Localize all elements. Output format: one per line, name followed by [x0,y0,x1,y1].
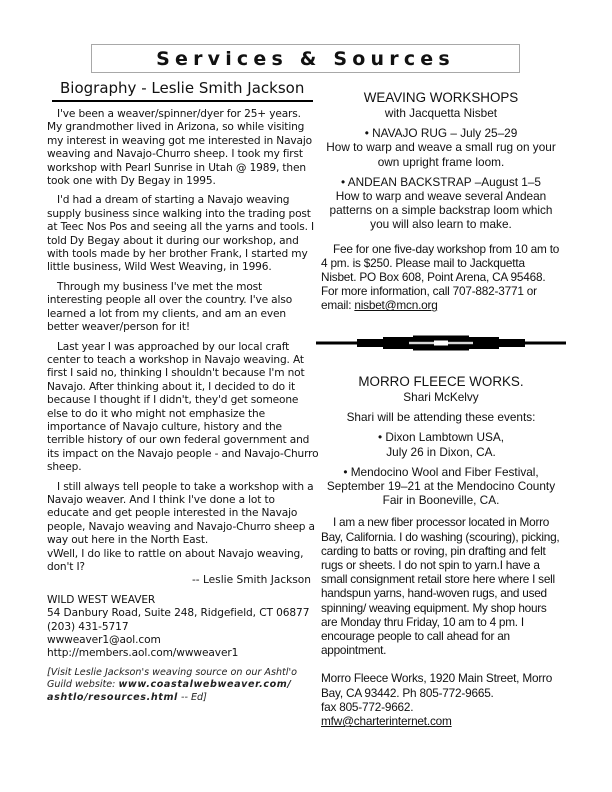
decorative-divider [316,335,566,351]
biography-paragraph: Last year I was approached by our local … [47,341,319,475]
editor-note-suffix: -- Ed] [178,692,207,703]
workshop-email-link[interactable]: nisbet@mcn.org [354,298,437,312]
business-website-link[interactable]: http://members.aol.com/wwweaver1 [47,647,319,660]
business-address: 54 Danbury Road, Suite 248, Ridgefield, … [47,607,319,620]
weaving-workshops-title: WEAVING WORKSHOPS [321,90,561,106]
page-title: Services & Sources [156,48,455,70]
morro-fleece-title: MORRO FLEECE WORKS. [321,374,561,390]
workshop-description: How to warp and weave a small rug on you… [321,140,561,168]
workshop-heading: • NAVAJO RUG – July 25–29 [321,126,561,140]
biography-closing-line: vWell, I do like to rattle on about Nava… [47,548,319,575]
event-item: • Mendocino Wool and Fiber Festival, Sep… [321,465,561,508]
morro-fleece-works-section: MORRO FLEECE WORKS. Shari McKelvy Shari … [321,374,561,728]
workshop-description: How to warp and weave several Andean pat… [321,189,561,232]
page-title-box: Services & Sources [91,44,520,73]
biography-paragraph: I'd had a dream of starting a Navajo wea… [47,194,319,274]
morro-fleece-fax: fax 805-772-9662. [321,700,561,714]
business-phone: (203) 431-5717 [47,621,319,634]
biography-paragraph: I still always tell people to take a wor… [47,481,319,548]
morro-fleece-description: I am a new fiber processor located in Mo… [321,515,561,657]
event-item: • Dixon Lambtown USA, July 26 in Dixon, … [321,430,561,458]
workshop-heading: • ANDEAN BACKSTRAP –August 1–5 [321,175,561,189]
biography-signature: -- Leslie Smith Jackson [47,574,311,587]
morro-fleece-address: Morro Fleece Works, 1920 Main Street, Mo… [321,671,561,699]
weaving-workshops-section: WEAVING WORKSHOPS with Jacquetta Nisbet … [321,90,561,313]
events-intro: Shari will be attending these events: [321,410,561,424]
workshop-item: • NAVAJO RUG – July 25–29 How to warp an… [321,126,561,169]
morro-fleece-email-link[interactable]: mfw@charterinternet.com [321,714,561,728]
workshop-item: • ANDEAN BACKSTRAP –August 1–5 How to wa… [321,175,561,232]
morro-fleece-owner: Shari McKelvy [321,390,561,404]
wild-west-weaver-contact: WILD WEST WEAVER 54 Danbury Road, Suite … [47,594,319,661]
biography-column: Biography - Leslie Smith Jackson I've be… [47,79,319,705]
biography-paragraph: Through my business I've met the most in… [47,281,319,335]
business-name: WILD WEST WEAVER [47,594,319,607]
biography-paragraph: I've been a weaver/spinner/dyer for 25+ … [47,108,319,188]
biography-heading: Biography - Leslie Smith Jackson [52,79,313,102]
editor-note: [Visit Leslie Jackson's weaving source o… [47,667,319,705]
workshop-fee-text: Fee for one five-day workshop from 10 am… [321,242,561,313]
weaving-workshops-instructor: with Jacquetta Nisbet [321,106,561,120]
business-email-link[interactable]: wwweaver1@aol.com [47,634,319,647]
